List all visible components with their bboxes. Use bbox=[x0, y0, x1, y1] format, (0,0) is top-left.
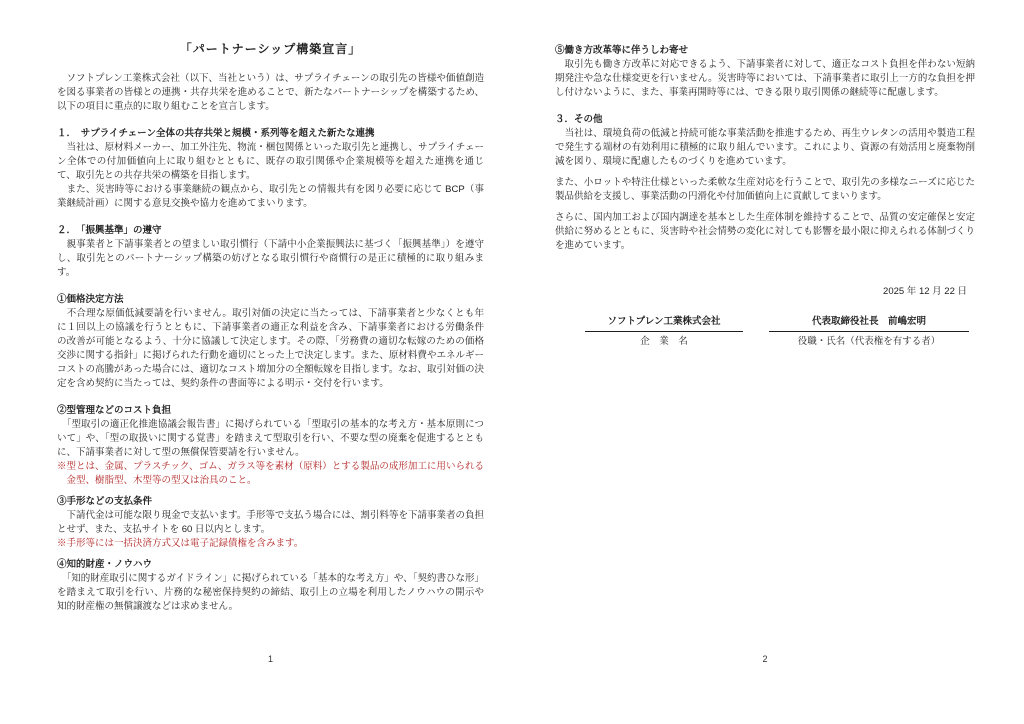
item-1-paragraph: 不合理な原価低減要請を行いません。取引対価の決定に当たっては、下請事業者と少なく… bbox=[57, 307, 484, 391]
signature-representative-column: 代表取締役社長 前嶋宏明 役職・氏名（代表権を有する者） bbox=[769, 315, 969, 349]
section-3-paragraph-3: さらに、国内加工および国内調達を基本とした生産体制を維持することで、品質の安定確… bbox=[555, 211, 975, 253]
signature-company-label: 企 業 名 bbox=[585, 335, 743, 349]
item-3-note-red: ※手形等には一括決済方式又は電子記録債権を含みます。 bbox=[57, 537, 484, 551]
page-1: 「パートナーシップ構築宣言」 ソフトプレン工業株式会社（以下、当社という）は、サ… bbox=[57, 40, 484, 690]
section-3-paragraph-2: また、小ロットや特注仕様といった柔軟な生産対応を行うことで、取引先の多様なニーズ… bbox=[555, 176, 975, 204]
intro-paragraph: ソフトプレン工業株式会社（以下、当社という）は、サプライチェーンの取引先の皆様や… bbox=[57, 72, 484, 114]
signature-company-name: ソフトプレン工業株式会社 bbox=[585, 315, 743, 332]
section-3-heading: ３．その他 bbox=[555, 113, 975, 127]
item-2-heading: ②型管理などのコスト負担 bbox=[57, 404, 484, 418]
signature-representative-name: 代表取締役社長 前嶋宏明 bbox=[769, 315, 969, 332]
item-5-heading: ⑤働き方改革等に伴うしわ寄せ bbox=[555, 44, 975, 58]
item-3-heading: ③手形などの支払条件 bbox=[57, 495, 484, 509]
section-2-paragraph: 親事業者と下請事業者との望ましい取引慣行（下請中小企業振興法に基づく「振興基準」… bbox=[57, 238, 484, 280]
page-2-number: 2 bbox=[555, 652, 975, 666]
item-2-paragraph: 「型取引の適正化推進協議会報告書」に掲げられている「型取引の基本的な考え方・基本… bbox=[57, 418, 484, 460]
section-1-heading: １． サプライチェーン全体の共存共栄と規模・系列等を超えた新たな連携 bbox=[57, 127, 484, 141]
section-2-heading: ２． 「振興基準」の遵守 bbox=[57, 224, 484, 238]
section-3-paragraph-1: 当社は、環境負荷の低減と持続可能な事業活動を推進するため、再生ウレタンの活用や製… bbox=[555, 127, 975, 169]
item-2-note-red: ※型とは、金属、プラスチック、ゴム、ガラス等を素材（原料）とする製品の成形加工に… bbox=[57, 460, 484, 488]
page-2: ⑤働き方改革等に伴うしわ寄せ 取引先も働き方改革に対応できるよう、下請事業者に対… bbox=[555, 40, 975, 690]
section-1-paragraph-2: また、災害時等における事業継続の観点から、取引先との情報共有を図り必要に応じて … bbox=[57, 183, 484, 211]
signature-representative-label: 役職・氏名（代表権を有する者） bbox=[769, 335, 969, 349]
document-title: 「パートナーシップ構築宣言」 bbox=[57, 42, 484, 56]
section-1-paragraph-1: 当社は、原材料メーカー、加工外注先、物流・梱包関係といった取引先と連携し、サプラ… bbox=[57, 141, 484, 183]
declaration-date: 2025 年 12 月 22 日 bbox=[555, 285, 975, 299]
page-1-number: 1 bbox=[57, 652, 484, 666]
item-3-paragraph: 下請代金は可能な限り現金で支払います。手形等で支払う場合には、割引料等を下請事業… bbox=[57, 509, 484, 537]
signature-company-column: ソフトプレン工業株式会社 企 業 名 bbox=[585, 315, 743, 349]
signature-block: ソフトプレン工業株式会社 企 業 名 代表取締役社長 前嶋宏明 役職・氏名（代表… bbox=[555, 315, 975, 349]
document-canvas: 「パートナーシップ構築宣言」 ソフトプレン工業株式会社（以下、当社という）は、サ… bbox=[0, 0, 1024, 724]
item-5-paragraph: 取引先も働き方改革に対応できるよう、下請事業者に対して、適正なコスト負担を伴わな… bbox=[555, 58, 975, 100]
item-4-paragraph: 「知的財産取引に関するガイドライン」に掲げられている「基本的な考え方」や、「契約… bbox=[57, 572, 484, 614]
item-4-heading: ④知的財産・ノウハウ bbox=[57, 558, 484, 572]
item-1-heading: ①価格決定方法 bbox=[57, 293, 484, 307]
